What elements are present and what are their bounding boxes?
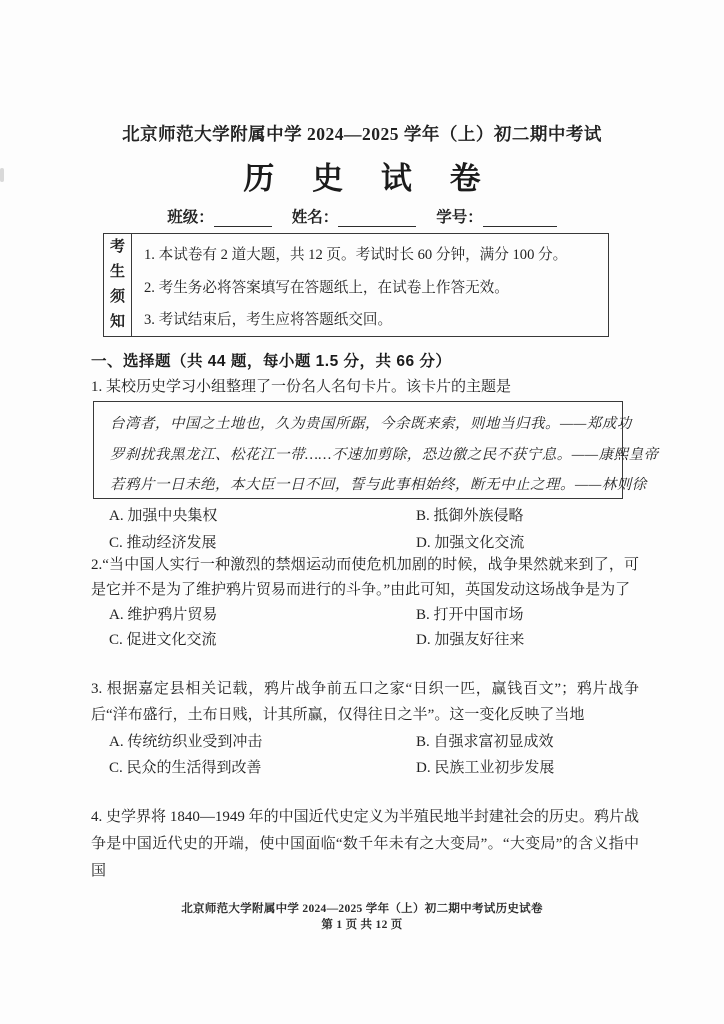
question-3-option-d: D. 民族工业初步发展 <box>416 755 554 781</box>
question-2-stem: 2.“当中国人实行一种激烈的禁烟运动而使危机加剧的时候，战争果然就来到了，可是它… <box>91 553 639 603</box>
class-blank <box>214 209 272 227</box>
exam-paper-page: 北京师范大学附属中学 2024—2025 学年（上）初二期中考试 历 史 试 卷… <box>0 0 724 1024</box>
student-id-field: 学号： <box>436 205 557 227</box>
question-2-options: A. 维护鸦片贸易 B. 打开中国市场 C. 促进文化交流 D. 加强友好往来 <box>109 603 639 653</box>
question-3-option-b: B. 自强求富初显成效 <box>416 729 554 755</box>
notice-side-cell: 考生须知 <box>104 234 132 336</box>
quote-line-linzexu: 若鸦片一日未绝，本大臣一日不回，誓与此事相始终，断无中止之理。——林则徐 <box>110 470 608 501</box>
student-id-label: 学号： <box>436 205 483 227</box>
notice-item-1: 1. 本试卷有 2 道大题，共 12 页。考试时长 60 分钟，满分 100 分… <box>144 239 600 272</box>
question-1-option-b: B. 抵御外族侵略 <box>416 503 524 530</box>
question-1-options: A. 加强中央集权 B. 抵御外族侵略 C. 推动经济发展 D. 加强文化交流 <box>109 503 629 557</box>
option-row: C. 促进文化交流 D. 加强友好往来 <box>109 628 639 653</box>
option-row: A. 传统纺织业受到冲击 B. 自强求富初显成效 <box>109 729 639 755</box>
student-info-row: 班级： 姓名： 学号： <box>0 205 724 227</box>
notice-body: 1. 本试卷有 2 道大题，共 12 页。考试时长 60 分钟，满分 100 分… <box>132 234 608 336</box>
question-3-option-c: C. 民众的生活得到改善 <box>109 755 416 781</box>
class-label: 班级： <box>167 205 214 227</box>
question-3-option-a: A. 传统纺织业受到冲击 <box>109 729 416 755</box>
question-2: 2.“当中国人实行一种激烈的禁烟运动而使危机加剧的时候，战争果然就来到了，可是它… <box>91 553 639 653</box>
class-field: 班级： <box>167 205 272 227</box>
notice-item-2: 2. 考生务必将答案填写在答题纸上，在试卷上作答无效。 <box>144 272 600 305</box>
name-blank <box>338 209 416 227</box>
footer-exam-name: 北京师范大学附属中学 2024—2025 学年（上）初二期中考试历史试卷 <box>0 901 724 917</box>
quote-card: 台湾者，中国之土地也，久为贵国所踞，今余既来索，则地当归我。——郑成功 罗刹扰我… <box>93 401 623 499</box>
exam-title: 历 史 试 卷 <box>0 153 724 198</box>
question-3: 3. 根据嘉定县相关记载，鸦片战争前五口之家“日织一匹，赢钱百文”；鸦片战争后“… <box>91 676 639 781</box>
name-field: 姓名： <box>292 205 417 227</box>
option-row: C. 民众的生活得到改善 D. 民族工业初步发展 <box>109 755 639 781</box>
question-3-options: A. 传统纺织业受到冲击 B. 自强求富初显成效 C. 民众的生活得到改善 D.… <box>109 729 639 781</box>
quote-line-zhengchenggong: 台湾者，中国之土地也，久为贵国所踞，今余既来索，则地当归我。——郑成功 <box>110 409 608 440</box>
notice-item-3: 3. 考试结束后，考生应将答题纸交回。 <box>144 304 600 337</box>
school-exam-line: 北京师范大学附属中学 2024—2025 学年（上）初二期中考试 <box>0 121 724 146</box>
option-row: A. 维护鸦片贸易 B. 打开中国市场 <box>109 603 639 628</box>
question-2-option-c: C. 促进文化交流 <box>109 628 416 653</box>
quote-line-kangxi: 罗刹扰我黑龙江、松花江一带……不速加剪除，恐边徼之民不获宁息。——康熙皇帝 <box>110 440 608 471</box>
student-id-blank <box>483 209 557 227</box>
footer-page-number: 第 1 页 共 12 页 <box>0 917 724 933</box>
option-row: A. 加强中央集权 B. 抵御外族侵略 <box>109 503 629 530</box>
page-footer: 北京师范大学附属中学 2024—2025 学年（上）初二期中考试历史试卷 第 1… <box>0 901 724 933</box>
question-3-stem: 3. 根据嘉定县相关记载，鸦片战争前五口之家“日织一匹，赢钱百文”；鸦片战争后“… <box>91 676 639 728</box>
examinee-notice-box: 考生须知 1. 本试卷有 2 道大题，共 12 页。考试时长 60 分钟，满分 … <box>103 233 609 337</box>
question-4-stem: 4. 史学界将 1840—1949 年的中国近代史定义为半殖民地半封建社会的历史… <box>91 804 639 885</box>
question-1-stem: 1. 某校历史学习小组整理了一份名人名句卡片。该卡片的主题是 <box>91 375 639 400</box>
name-label: 姓名： <box>292 205 339 227</box>
notice-side-label: 考生须知 <box>110 235 125 335</box>
question-2-option-a: A. 维护鸦片贸易 <box>109 603 416 628</box>
question-2-option-d: D. 加强友好往来 <box>416 628 524 653</box>
question-1-option-a: A. 加强中央集权 <box>109 503 416 530</box>
section-1-heading: 一、选择题（共 44 题，每小题 1.5 分，共 66 分） <box>91 349 639 371</box>
question-2-option-b: B. 打开中国市场 <box>416 603 524 628</box>
